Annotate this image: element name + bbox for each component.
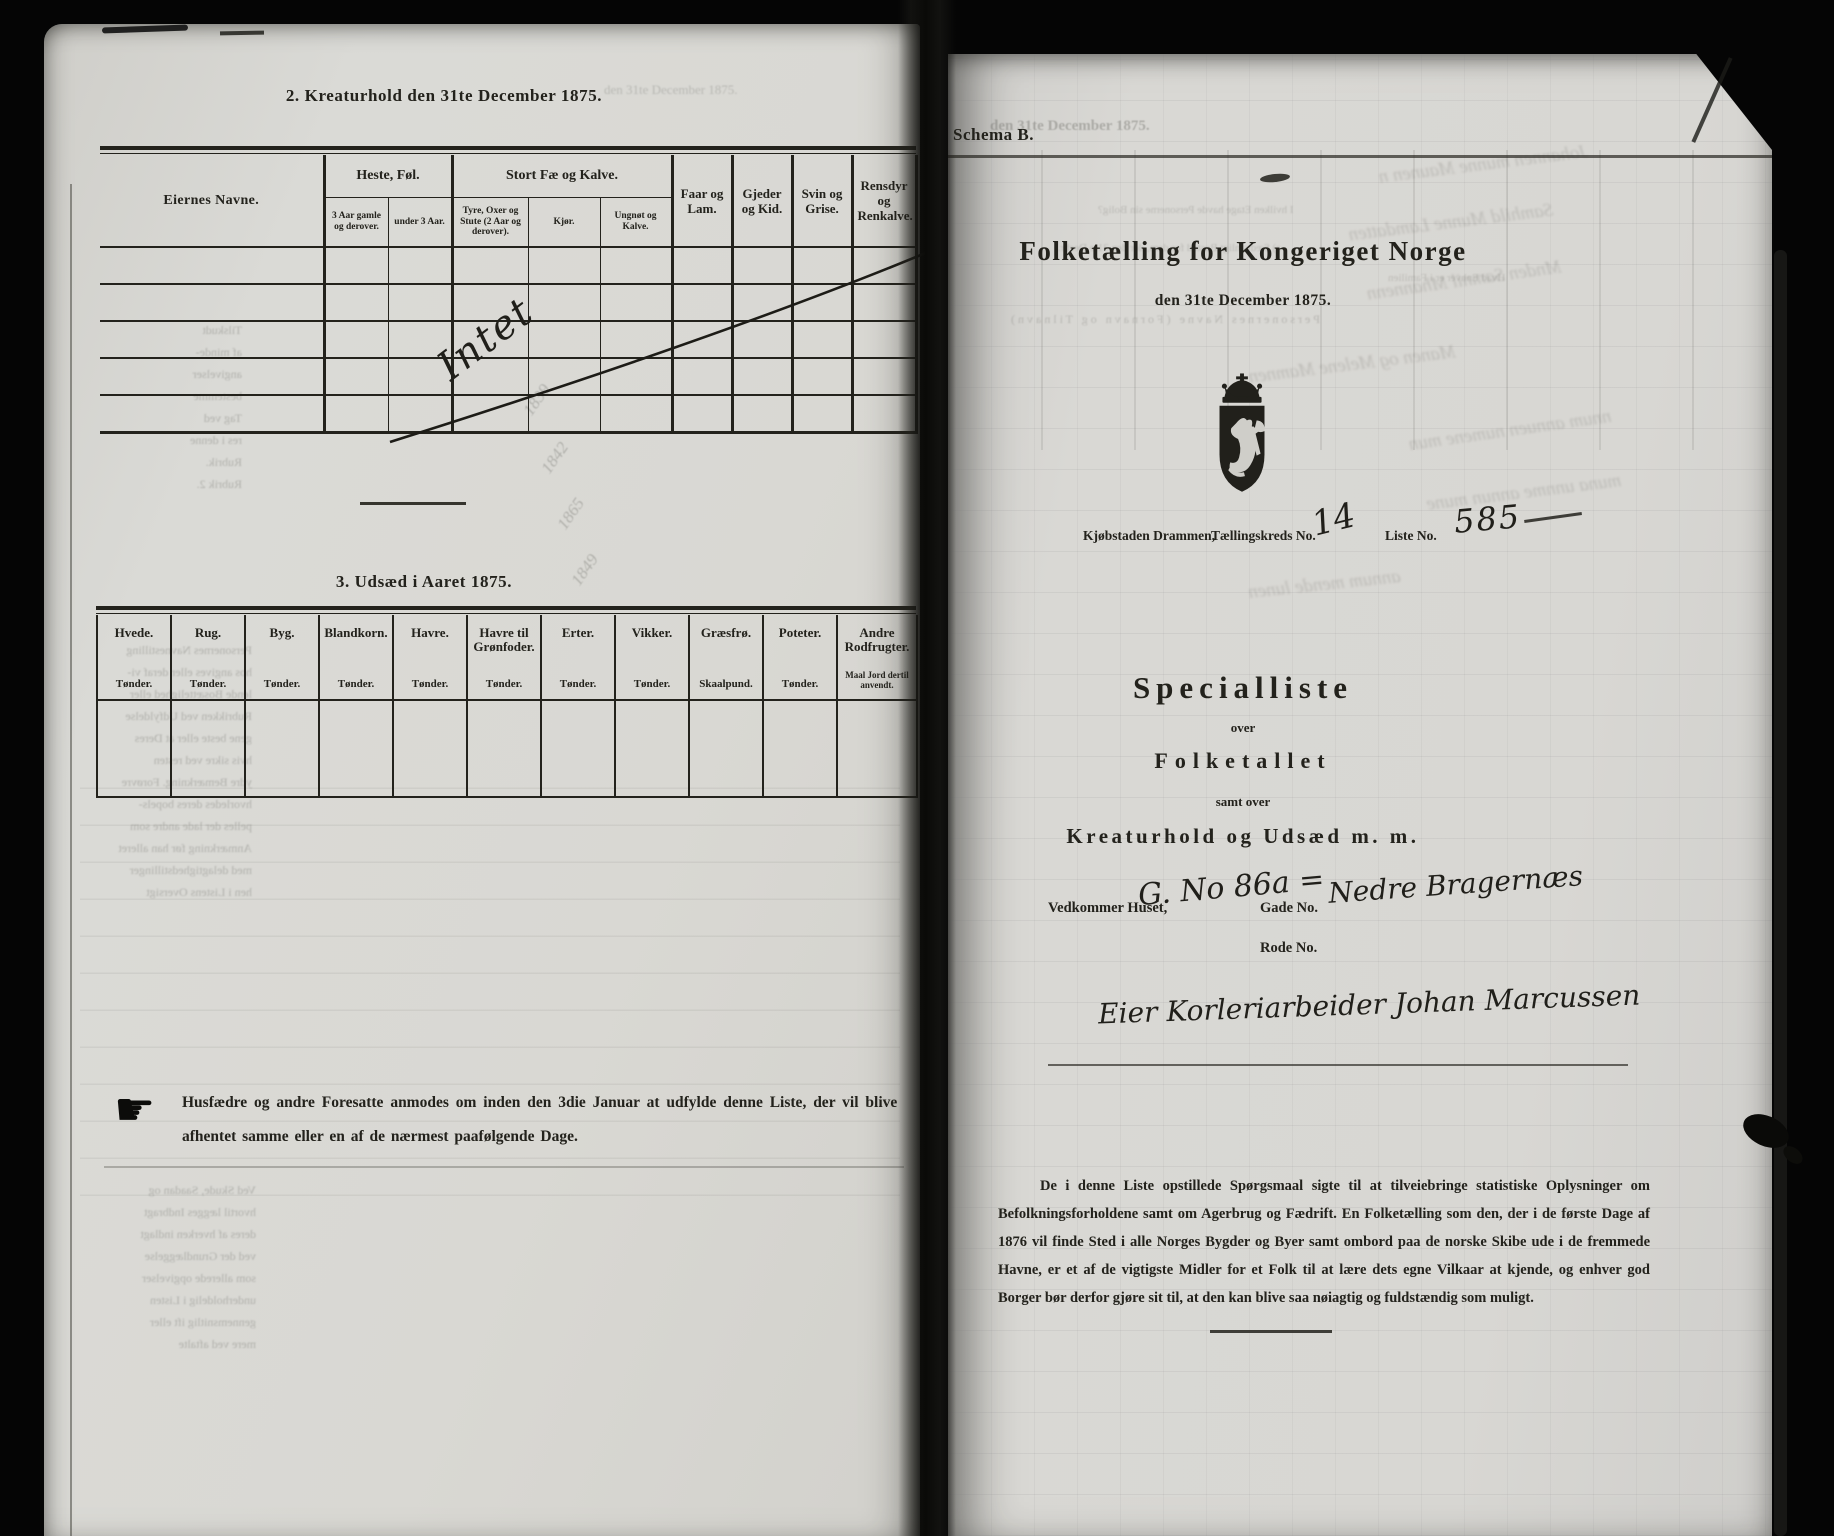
udsaed-table: Hvede.Tønder. Rug.Tønder. Byg.Tønder. Bl… — [96, 615, 918, 798]
column-header-goats: Gjeder og Kid. — [732, 155, 792, 247]
cell — [792, 395, 852, 432]
cell — [672, 358, 732, 395]
handwriting-flourish — [1524, 512, 1582, 523]
header-rule — [948, 155, 1772, 158]
empty-row — [100, 395, 916, 432]
cell — [732, 395, 792, 432]
bleed-through-text: I hvilken Etage havde Personerne sin Bol… — [1098, 204, 1294, 216]
cell — [467, 700, 541, 797]
table-top-double-rule — [96, 606, 916, 614]
cell — [763, 700, 837, 797]
cell — [452, 395, 528, 432]
census-district-label: Tællingskreds No. — [1211, 528, 1316, 544]
schema-label: Schema B. — [953, 125, 1034, 145]
cell — [528, 395, 600, 432]
ink-smudge — [1260, 172, 1291, 183]
specialliste-heading: Specialliste — [948, 670, 1538, 706]
samt-over-label: samt over — [948, 794, 1538, 810]
kreaturhold-section-title: 2. Kreaturhold den 31te December 1875. — [124, 86, 764, 106]
cell — [324, 321, 388, 358]
list-number-label: Liste No. — [1385, 528, 1437, 544]
cell — [388, 284, 452, 321]
cell — [100, 358, 324, 395]
cell — [324, 358, 388, 395]
column-header-sheep: Faar og Lam. — [672, 155, 732, 247]
footnote-line-2: afhentet samme eller en af de nærmest pa… — [182, 1128, 924, 1146]
cell — [319, 700, 393, 797]
column-header-oats: Havre.Tønder. — [393, 615, 467, 700]
column-header-peas: Erter.Tønder. — [541, 615, 615, 700]
cell — [100, 321, 324, 358]
subcolumn-horses-adult: 3 Aar gamle og derover. — [324, 197, 388, 247]
instruction-paragraph: De i denne Liste opstillede Spørgsmaal s… — [998, 1172, 1650, 1312]
cell — [324, 395, 388, 432]
cell — [600, 284, 672, 321]
cell — [792, 284, 852, 321]
bleed-through-year: 1842 — [537, 438, 573, 477]
cell — [388, 321, 452, 358]
cell — [324, 284, 388, 321]
cell — [615, 700, 689, 797]
cell — [732, 247, 792, 284]
cell — [324, 247, 388, 284]
cell — [393, 700, 467, 797]
book-gutter — [898, 0, 956, 1536]
norway-crest-icon — [1198, 372, 1286, 502]
column-header-vetches: Vikker.Tønder. — [615, 615, 689, 700]
table-top-double-rule — [100, 146, 916, 154]
empty-row — [100, 247, 916, 284]
page-corner-fold — [1686, 54, 1772, 150]
footnote-line-1: Husfædre og andre Foresatte anmodes om i… — [182, 1094, 924, 1112]
list-number-handwritten: 585 — [1452, 497, 1522, 541]
cell — [528, 247, 600, 284]
form-date-line: den 31te December 1875. — [948, 292, 1538, 310]
cell — [792, 321, 852, 358]
subcolumn-calves: Ungnøt og Kalve. — [600, 197, 672, 247]
cell — [100, 284, 324, 321]
left-page: Tilskudt af minde- angivelser bestemme T… — [44, 24, 920, 1536]
empty-row — [100, 284, 916, 321]
column-header-pigs: Svin og Grise. — [792, 155, 852, 247]
cell — [732, 358, 792, 395]
page-stack-edge — [1774, 250, 1787, 1536]
column-group-horses: Heste, Føl. — [324, 155, 452, 197]
cell — [672, 247, 732, 284]
owner-underline-rule — [1048, 1064, 1628, 1066]
city-label: Kjøbstaden Drammen, — [1083, 528, 1215, 544]
cell — [97, 700, 171, 797]
cell — [100, 395, 324, 432]
cell — [600, 247, 672, 284]
column-header-wheat: Hvede.Tønder. — [97, 615, 171, 700]
scan-artifact — [102, 25, 188, 34]
rode-label: Rode No. — [1260, 940, 1317, 957]
folketallet-heading: Folketallet — [948, 748, 1538, 774]
cell — [245, 700, 319, 797]
cell — [672, 395, 732, 432]
manicule-icon: ☛ — [114, 1082, 155, 1136]
cell — [452, 247, 528, 284]
scan-artifact — [220, 31, 264, 36]
cell — [388, 247, 452, 284]
faint-rule — [104, 1166, 904, 1168]
subcolumn-cows: Kjør. — [528, 197, 600, 247]
cell — [452, 358, 528, 395]
cell — [452, 321, 528, 358]
bleed-through-year: 1865 — [553, 494, 589, 533]
section-separator-dash — [360, 502, 466, 505]
cell — [452, 284, 528, 321]
bleed-through-text: Ved Skude, Saadan og hvortil lægges Indb… — [96, 1184, 256, 1351]
column-header-barley: Byg.Tønder. — [245, 615, 319, 700]
cell — [672, 321, 732, 358]
cell — [732, 284, 792, 321]
census-district-number-handwritten: 14 — [1308, 495, 1360, 544]
subcolumn-bulls-oxen: Tyre, Oxer og Stute (2 Aar og derover). — [452, 197, 528, 247]
udsaed-section-title: 3. Udsæd i Aaret 1875. — [104, 572, 744, 592]
page-edge-line — [70, 184, 72, 1536]
column-header-grass-seed: Græsfrø.Skaalpund. — [689, 615, 763, 700]
column-header-mixed-grain: Blandkorn.Tønder. — [319, 615, 393, 700]
empty-row — [97, 700, 917, 797]
form-title: Folketælling for Kongeriget Norge — [948, 236, 1538, 267]
kreaturhold-heading: Kreaturhold og Udsæd m. m. — [948, 824, 1538, 849]
column-header-owner: Eiernes Navne. — [100, 155, 324, 247]
cell — [689, 700, 763, 797]
cell — [388, 358, 452, 395]
empty-row — [100, 321, 916, 358]
right-page: den 31te December 1875. I hvilken Etage … — [948, 54, 1772, 1536]
column-group-cattle: Stort Fæ og Kalve. — [452, 155, 672, 197]
cell — [672, 284, 732, 321]
kreaturhold-table: Eiernes Navne. Heste, Føl. Stort Fæ og K… — [100, 155, 918, 434]
empty-row — [100, 358, 916, 395]
column-header-potatoes: Poteter.Tønder. — [763, 615, 837, 700]
cell — [171, 700, 245, 797]
scanned-census-document: Tilskudt af minde- angivelser bestemme T… — [0, 0, 1834, 1536]
bleed-through-handwriting: annum mende lunen — [1247, 566, 1401, 604]
street-name-handwritten: Nedre Bragernæs — [1327, 859, 1584, 910]
column-header-oats-fodder: Havre til Grønfoder.Tønder. — [467, 615, 541, 700]
cell — [600, 321, 672, 358]
cell — [388, 395, 452, 432]
cell — [600, 358, 672, 395]
owner-line-handwritten: Eier Korleriarbeider Johan Marcussen — [1098, 979, 1641, 1031]
column-header-rye: Rug.Tønder. — [171, 615, 245, 700]
cell — [528, 321, 600, 358]
bleed-through-text: Personernes Navne (Fornavn og Tilnavn) — [1008, 312, 1320, 327]
cell — [732, 321, 792, 358]
closing-rule — [1210, 1330, 1332, 1333]
cell — [100, 247, 324, 284]
cell — [528, 358, 600, 395]
street-label: Gade No. — [1260, 900, 1318, 917]
bleed-through-handwriting: Johannen munne Maunen n — [1377, 141, 1589, 188]
cell — [541, 700, 615, 797]
cell — [600, 395, 672, 432]
cell — [792, 247, 852, 284]
bleed-through-handwriting: nnum annuen numene mun — [1407, 406, 1612, 456]
subcolumn-horses-young: under 3 Aar. — [388, 197, 452, 247]
over-label: over — [948, 720, 1538, 736]
cell — [528, 284, 600, 321]
cell — [792, 358, 852, 395]
